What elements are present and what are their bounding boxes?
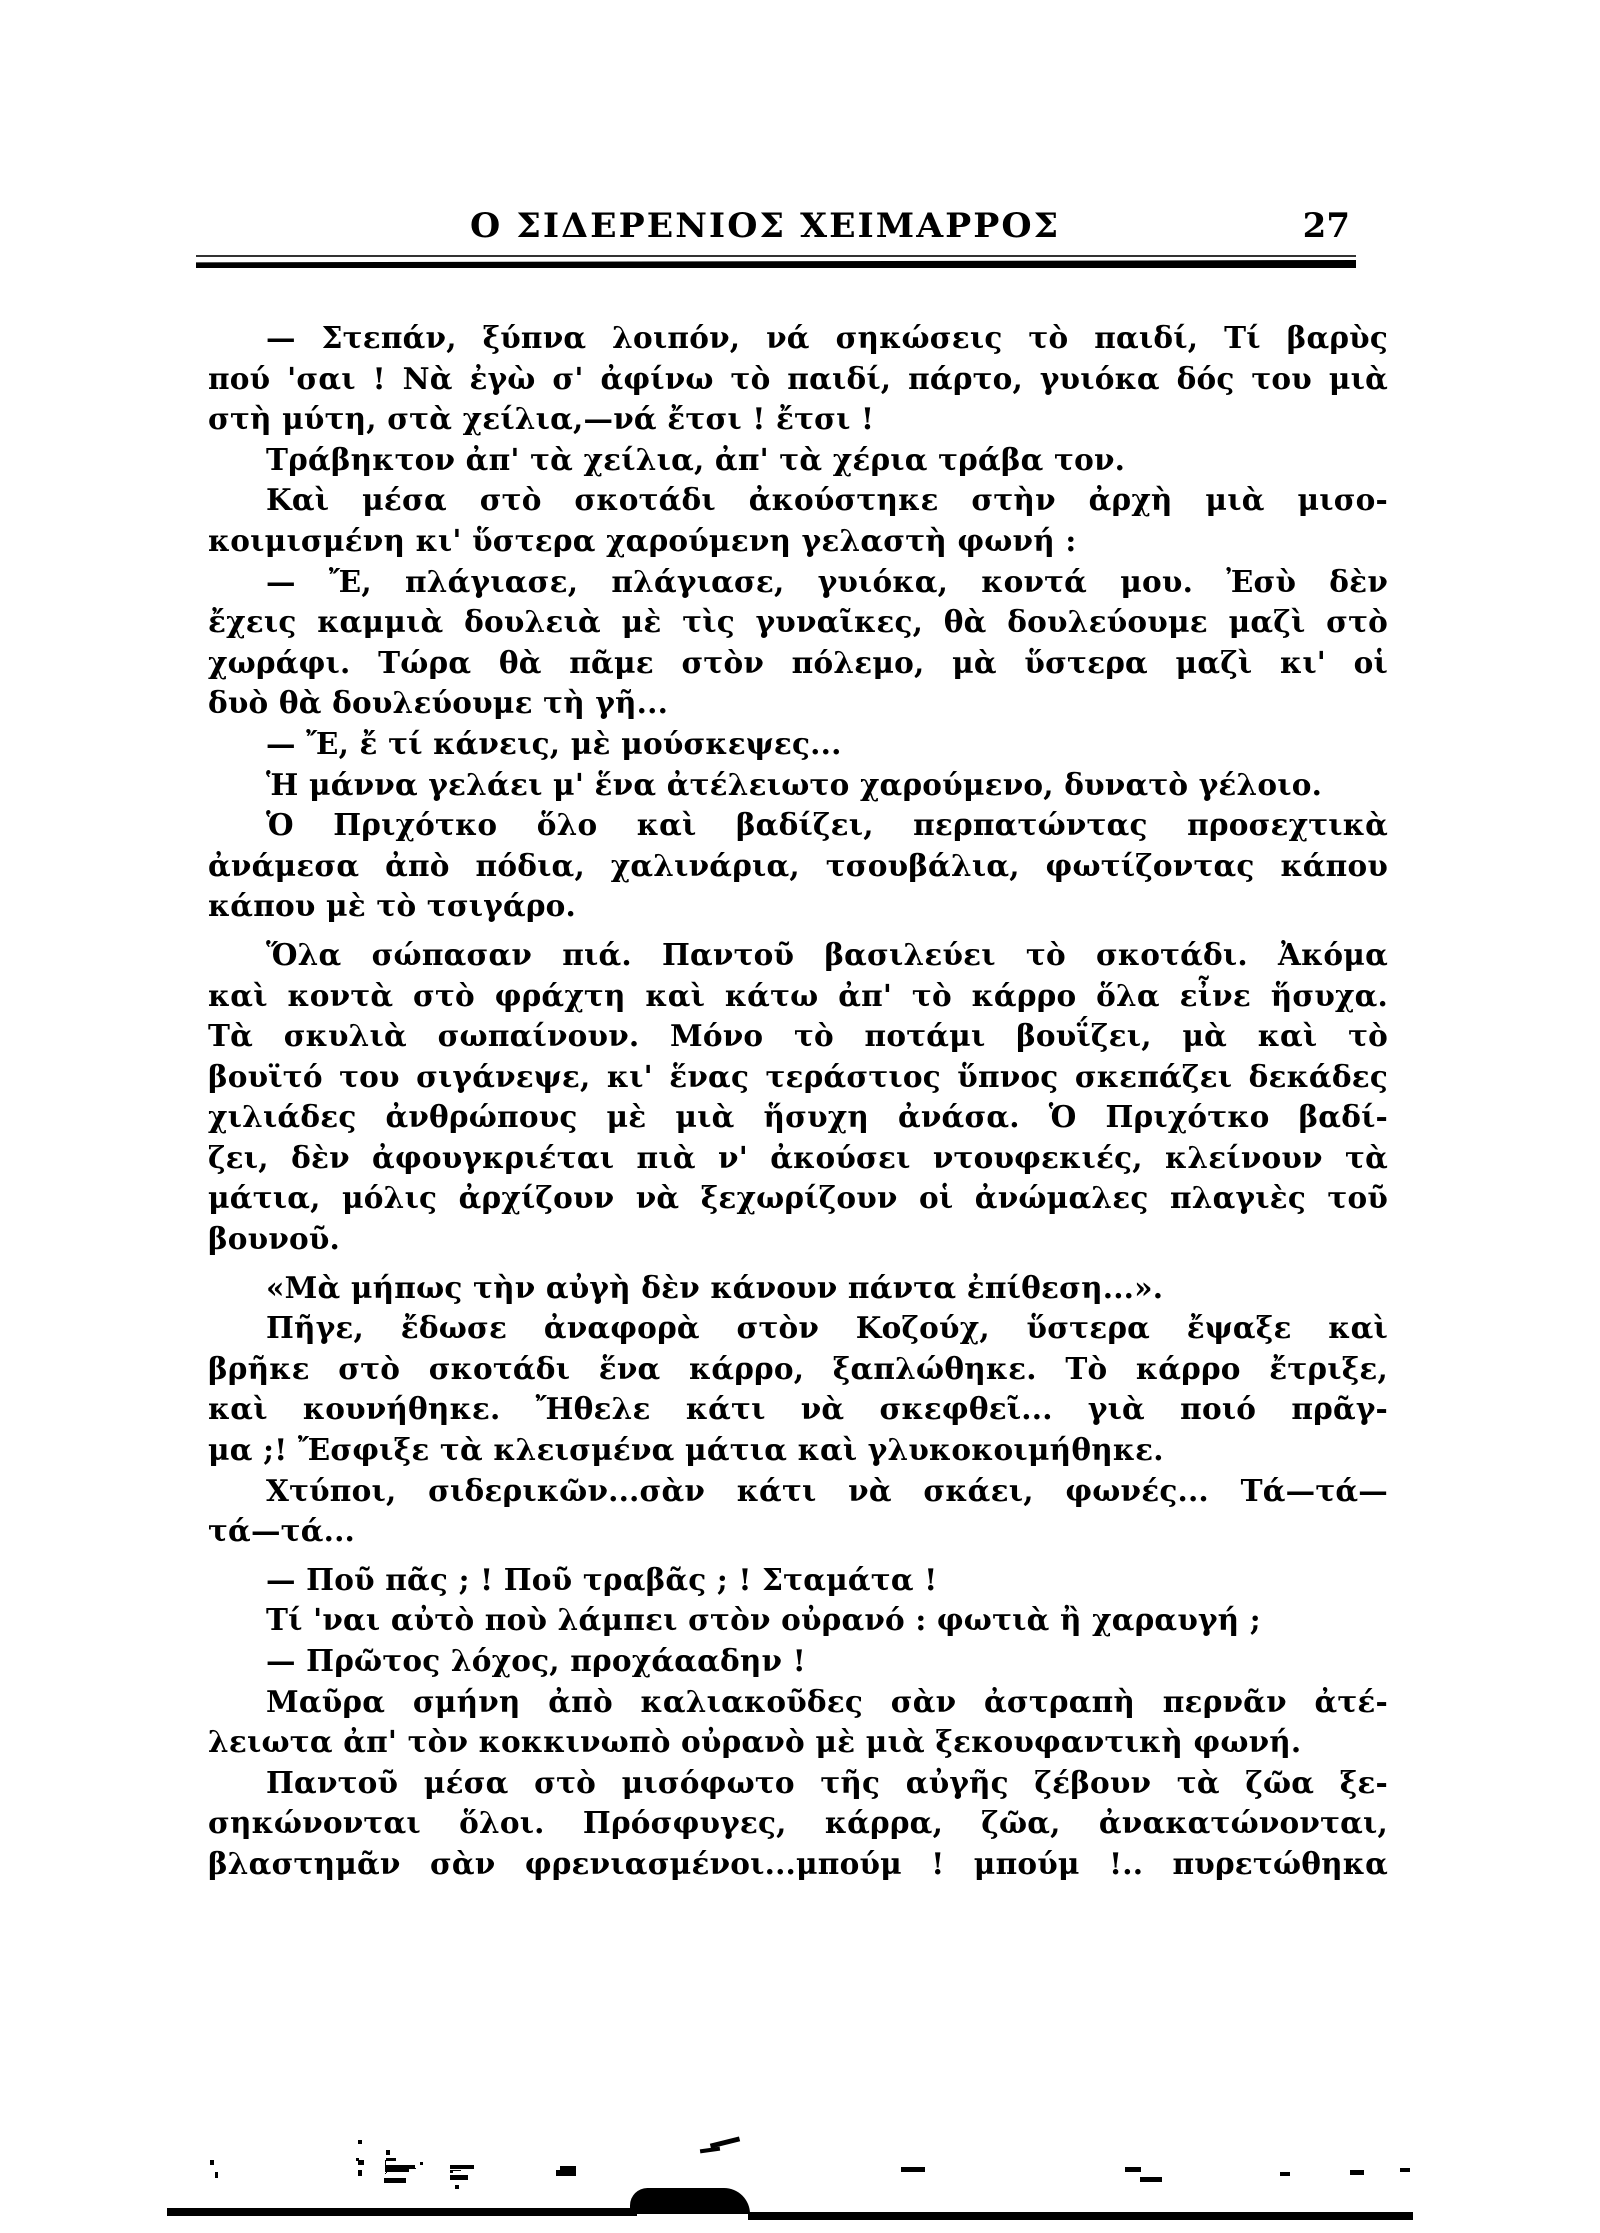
scan-speck	[386, 2172, 387, 2173]
paragraph-gap	[208, 1260, 1388, 1268]
text-line: μα ;! Ἔσφιξε τὰ κλεισμένα μάτια καὶ γλυκ…	[208, 1430, 1388, 1471]
running-header: Ο ΣΙΔΕΡΕΝΙΟΣ ΧΕΙΜΑΡΡΟΣ 27	[200, 200, 1350, 250]
text-line: δυὸ θὰ δουλεύουμε τὴ γῆ...	[208, 683, 1388, 724]
footer-rule	[167, 2208, 637, 2216]
scan-speck	[386, 2166, 387, 2167]
text-line: Τράβηκτον ἀπ' τὰ χείλια, ἀπ' τὰ χέρια τρ…	[208, 440, 1388, 481]
text-line: σηκώνονται ὅλοι. Πρόσφυγες, κάρρα, ζῶα, …	[208, 1803, 1388, 1844]
text-line: — Ἔ, πλάγιασε, πλάγιασε, γυιόκα, κοντά μ…	[208, 562, 1388, 603]
text-line: μάτια, μόλις ἀρχίζουν νὰ ξεχωρίζουν οἱ ἀ…	[208, 1178, 1388, 1219]
scan-speck	[700, 2147, 720, 2154]
scan-speck	[385, 2161, 386, 2162]
scan-speck	[450, 2171, 451, 2172]
scan-speck	[356, 2158, 359, 2161]
text-line: βουϊτό του σιγάνεψε, κι' ἕνας τεράστιος …	[208, 1057, 1388, 1098]
text-line: κάπου μὲ τὸ τσιγάρο.	[208, 886, 1388, 927]
scan-speck	[385, 2163, 386, 2164]
body-text: — Στεπάν, ξύπνα λοιπόν, νά σηκώσεις τὸ π…	[208, 318, 1388, 1885]
scan-speck	[210, 2160, 214, 2165]
running-title: Ο ΣΙΔΕΡΕΝΙΟΣ ΧΕΙΜΑΡΡΟΣ	[470, 206, 1060, 246]
text-line: βλαστημᾶν σὰν φρενιασμένοι...μπούμ ! μπο…	[208, 1844, 1388, 1885]
text-line: Ὁ Πριχότκο ὅλο καὶ βαδίζει, περπατώντας …	[208, 805, 1388, 846]
header-rule-thin	[196, 255, 1356, 257]
scan-speck	[386, 2150, 390, 2155]
scan-speck	[385, 2167, 386, 2168]
text-line: ἔχεις καμμιὰ δουλειὰ μὲ τὶς γυναῖκες, θὰ…	[208, 602, 1388, 643]
text-line: ζει, δὲν ἀφουγκριέται πιὰ ν' ἀκούσει ντο…	[208, 1138, 1388, 1179]
paragraph-gap	[208, 927, 1388, 935]
text-line: καὶ κοντὰ στὸ φράχτη καὶ κάτω ἀπ' τὸ κάρ…	[208, 976, 1388, 1017]
scan-speck	[358, 2170, 362, 2176]
text-line: — Ποῦ πᾶς ; ! Ποῦ τραβᾶς ; ! Σταμάτα !	[208, 1560, 1388, 1601]
scan-speck	[1400, 2168, 1410, 2172]
scan-speck	[386, 2158, 396, 2161]
scan-speck	[1350, 2170, 1364, 2175]
scan-speck	[460, 2170, 461, 2171]
scan-speck	[455, 2185, 459, 2189]
text-line: — Ἔ, ἔ τί κάνεις, μὲ μούσκεψες...	[208, 724, 1388, 765]
scan-speck	[901, 2167, 925, 2172]
scan-speck	[450, 2175, 468, 2180]
scan-speck	[1280, 2172, 1290, 2176]
text-line: λειωτα ἀπ' τὸν κοκκινωπὸ οὐρανὸ μὲ μιὰ ξ…	[208, 1722, 1388, 1763]
scan-speck	[385, 2160, 386, 2161]
scan-speck	[1125, 2167, 1141, 2172]
book-page: Ο ΣΙΔΕΡΕΝΙΟΣ ΧΕΙΜΑΡΡΟΣ 27 — Στεπάν, ξύπν…	[0, 0, 1600, 2233]
scan-speck	[385, 2173, 386, 2174]
text-line: πού 'σαι ! Νὰ ἐγὼ σ' ἀφίνω τὸ παιδί, πάρ…	[208, 359, 1388, 400]
page-number: 27	[1303, 206, 1350, 246]
text-line: «Μὰ μήπως τὴν αὐγὴ δὲν κάνουν πάντα ἐπίθ…	[208, 1268, 1388, 1309]
text-line: — Στεπάν, ξύπνα λοιπόν, νά σηκώσεις τὸ π…	[208, 318, 1388, 359]
text-line: Παντοῦ μέσα στὸ μισόφωτο τῆς αὐγῆς ζέβου…	[208, 1763, 1388, 1804]
text-line: καὶ κουνήθηκε. Ἤθελε κάτι νὰ σκεφθεῖ... …	[208, 1389, 1388, 1430]
text-line: τά—τά...	[208, 1511, 1388, 1552]
scan-speck	[384, 2178, 406, 2183]
text-line: Ἡ μάννα γελάει μ' ἕνα ἀτέλειωτο χαρούμεν…	[208, 765, 1388, 806]
text-line: Μαῦρα σμήνη ἀπὸ καλιακοῦδες σὰν ἀστραπὴ …	[208, 1682, 1388, 1723]
footer-rule	[748, 2212, 1413, 2220]
footer-rule-smudge	[630, 2188, 750, 2214]
scan-speck	[385, 2164, 386, 2165]
text-line: Καὶ μέσα στὸ σκοτάδι ἀκούστηκε στὴν ἀρχὴ…	[208, 480, 1388, 521]
text-line: στὴ μύτη, στὰ χείλια,—νά ἔτσι ! ἔτσι !	[208, 399, 1388, 440]
text-line: Χτύποι, σιδερικῶν...σὰν κάτι νὰ σκάει, φ…	[208, 1471, 1388, 1512]
scan-speck	[385, 2168, 409, 2172]
text-line: χιλιάδες ἀνθρώπους μὲ μιὰ ἥσυχη ἀνάσα. Ὁ…	[208, 1097, 1388, 1138]
scan-speck	[358, 2140, 362, 2144]
scan-speck	[450, 2165, 474, 2169]
paragraph-gap	[208, 1552, 1388, 1560]
text-line: βουνοῦ.	[208, 1219, 1388, 1260]
text-line: Τὰ σκυλιὰ σωπαίνουν. Μόνο τὸ ποτάμι βουΐ…	[208, 1016, 1388, 1057]
text-line: κοιμισμένη κι' ὕστερα χαρούμενη γελαστὴ …	[208, 521, 1388, 562]
scan-speck	[385, 2162, 386, 2163]
text-line: — Πρῶτος λόχος, προχάααδην !	[208, 1641, 1388, 1682]
text-line: Τί 'ναι αὐτὸ ποὺ λάμπει στὸν οὐρανό : φω…	[208, 1600, 1388, 1641]
scan-speck	[556, 2170, 576, 2176]
text-line: Ὅλα σώπασαν πιά. Παντοῦ βασιλεύει τὸ σκο…	[208, 935, 1388, 976]
text-line: Πῆγε, ἔδωσε ἀναφορὰ στὸν Κοζούχ, ὕστερα …	[208, 1308, 1388, 1349]
scan-speck	[385, 2165, 386, 2166]
header-rule	[196, 260, 1356, 268]
scan-speck	[215, 2172, 218, 2178]
text-line: βρῆκε στὸ σκοτάδι ἕνα κάρρο, ξαπλώθηκε. …	[208, 1349, 1388, 1390]
scan-speck	[1140, 2177, 1162, 2182]
text-line: χωράφι. Τώρα θὰ πᾶμε στὸν πόλεμο, μὰ ὕστ…	[208, 643, 1388, 684]
scan-speck	[420, 2162, 423, 2165]
scan-speck	[415, 2168, 416, 2169]
text-line: ἀνάμεσα ἀπὸ πόδια, χαλινάρια, τσουβάλια,…	[208, 846, 1388, 887]
